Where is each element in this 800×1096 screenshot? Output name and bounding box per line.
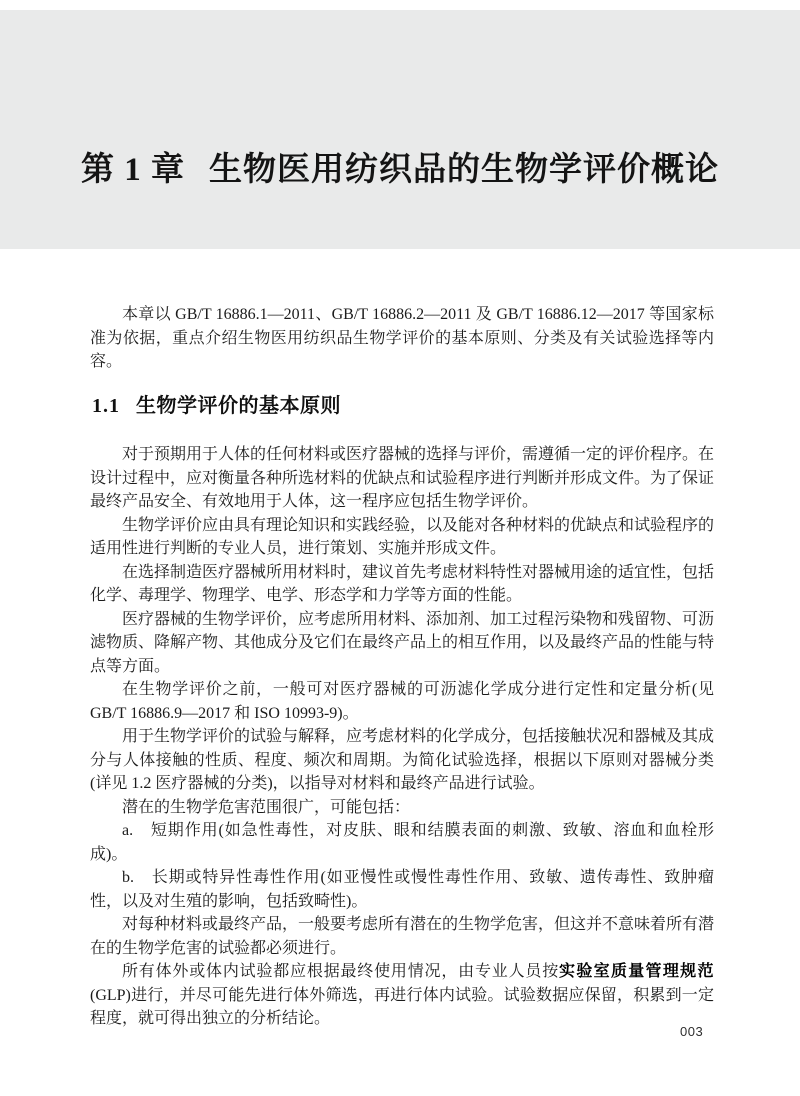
paragraph: 医疗器械的生物学评价，应考虑所用材料、添加剂、加工过程污染物和残留物、可沥滤物质… [90,608,714,679]
chapter-title: 第 1 章生物医用纺织品的生物学评价概论 [0,146,800,194]
book-page: { "colors": { "chapter_band_bg": "#e9eae… [0,0,800,1096]
chapter-name: 生物医用纺织品的生物学评价概论 [209,152,719,188]
paragraph: 在选择制造医疗器械所用材料时，建议首先考虑材料特性对器械用途的适宜性，包括化学、… [90,561,714,608]
section-heading: 1.1生物学评价的基本原则 [92,392,341,420]
paragraph: 在生物学评价之前，一般可对医疗器械的可沥滤化学成分进行定性和定量分析(见 GB/… [90,678,714,725]
page-number: 003 [680,1024,703,1039]
glp-paragraph-post: (GLP)进行，并尽可能先进行体外筛选，再进行体内试验。试验数据应保留，积累到一… [90,987,714,1028]
section-number: 1.1 [92,395,120,417]
glp-paragraph: 所有体外或体内试验都应根据最终使用情况，由专业人员按实验室质量管理规范(GLP)… [90,960,714,1031]
glp-bold-term: 实验室质量管理规范 [559,963,714,980]
paragraph: 对于预期用于人体的任何材料或医疗器械的选择与评价，需遵循一定的评价程序。在设计过… [90,443,714,514]
chapter-header-band [0,10,800,249]
paragraph: 用于生物学评价的试验与解释，应考虑材料的化学成分，包括接触状况和器械及其成分与人… [90,725,714,796]
list-item-b: b. 长期或特异性毒性作用(如亚慢性或慢性毒性作用、致敏、遗传毒性、致肿瘤性，以… [90,866,714,913]
body-text-block: 对于预期用于人体的任何材料或医疗器械的选择与评价，需遵循一定的评价程序。在设计过… [90,443,714,1031]
intro-paragraph-block: 本章以 GB/T 16886.1—2011、GB/T 16886.2—2011 … [90,303,714,374]
paragraph: 对每种材料或最终产品，一般要考虑所有潜在的生物学危害，但这并不意味着所有潜在的生… [90,913,714,960]
list-item-a: a. 短期作用(如急性毒性，对皮肤、眼和结膜表面的刺激、致敏、溶血和血栓形成)。 [90,819,714,866]
paragraph: 潜在的生物学危害范围很广，可能包括： [90,796,714,820]
paragraph: 生物学评价应由具有理论知识和实践经验，以及能对各种材料的优缺点和试验程序的适用性… [90,514,714,561]
section-title: 生物学评价的基本原则 [136,395,341,417]
glp-paragraph-pre: 所有体外或体内试验都应根据最终使用情况，由专业人员按 [122,963,559,980]
intro-paragraph: 本章以 GB/T 16886.1—2011、GB/T 16886.2—2011 … [90,303,714,374]
chapter-number: 第 1 章 [81,152,185,188]
